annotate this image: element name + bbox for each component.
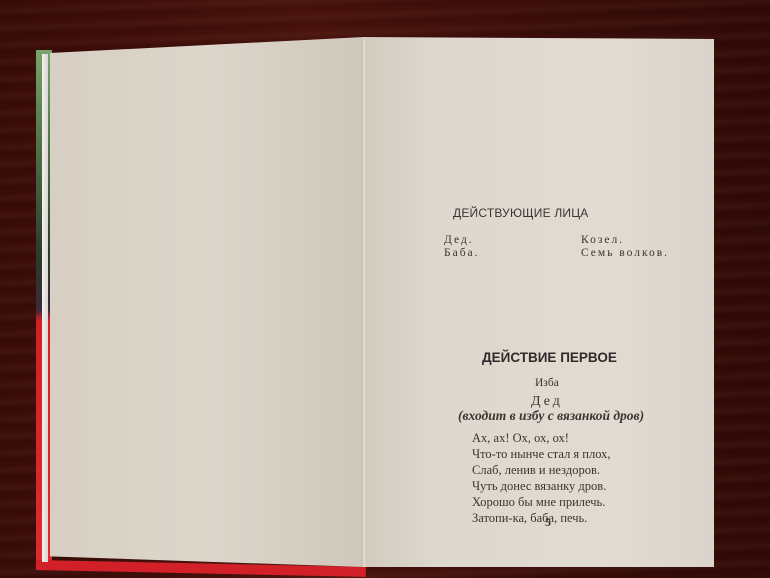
verse-line: Хорошо бы мне прилечь. [472,494,611,510]
verse-line: Что-то нынче стал я плох, [472,446,611,462]
scene-setting: Изба [535,377,559,389]
verse-line: Затопи-ка, баба, печь. [472,510,611,526]
act-title: ДЕЙСТВИЕ ПЕРВОЕ [482,350,617,365]
cast-item: Дед. [444,234,474,246]
verse-line: Ах, ах! Ох, ох, ох! [472,430,611,446]
book-gutter [361,40,365,567]
cast-heading: ДЕЙСТВУЮЩИЕ ЛИЦА [453,206,589,220]
left-page [50,37,364,567]
cast-item: Семь волков. [581,247,669,259]
verse-block: Ах, ах! Ох, ох, ох! Что-то нынче стал я … [472,430,611,526]
page-number: 5 [545,515,551,530]
stage-direction: (входит в избу с вязанкой дров) [458,408,644,424]
verse-line: Чуть донес вязанку дров. [472,478,611,494]
verse-line: Слаб, ленив и нездоров. [472,462,611,478]
page-stack-edge [42,54,48,562]
cast-item: Баба. [444,247,480,259]
cast-item: Козел. [581,234,624,246]
